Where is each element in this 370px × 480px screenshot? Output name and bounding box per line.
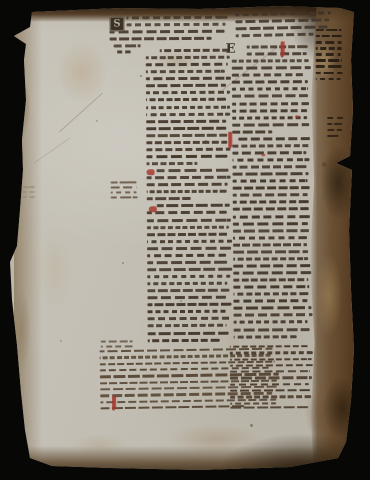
margin-note-left-lower-line [101, 340, 133, 342]
text-column-left-line [146, 84, 226, 88]
header-incipit-left-line [126, 23, 225, 27]
text-column-left-line [147, 261, 227, 265]
text-column-right-line [233, 250, 308, 254]
text-column-left-line [147, 275, 230, 279]
text-column-left-line [148, 324, 227, 328]
margin-note-far-left-line [19, 186, 35, 188]
bottom-gloss-right-line [230, 364, 313, 367]
margin-note-left-lower-line [101, 345, 133, 347]
margin-note-far-left-line [19, 191, 35, 193]
text-column-right-line [233, 201, 309, 205]
text-column-left-line [146, 126, 226, 130]
text-column-right-line [233, 264, 312, 268]
text-column-left-line [146, 112, 230, 116]
margin-note-far-left-line [19, 196, 35, 198]
margin-note-left-upper-line [111, 191, 137, 193]
edge-text-fragments-mid [327, 117, 343, 141]
text-column-right-line [234, 313, 313, 317]
edge-text-fragments-top-line [316, 59, 342, 61]
header-incipit-left [109, 16, 229, 45]
text-column-right-line [233, 186, 310, 190]
text-column-left-line [147, 183, 228, 187]
edge-text-fragments-top-line [316, 41, 342, 43]
margin-note-left-upper-line [111, 186, 137, 188]
edge-text-fragments-top-line [316, 29, 342, 31]
edge-text-fragments-top-line [316, 78, 341, 80]
header-incipit-left-tail [114, 44, 142, 56]
text-column-left-line [157, 204, 230, 208]
text-column-right-line [232, 144, 310, 148]
text-column-left-line [146, 70, 225, 74]
bottom-gloss-right-line [230, 358, 312, 361]
text-column-right-line [232, 73, 306, 77]
text-column-right-line [234, 321, 308, 325]
text-column-right-line [247, 52, 307, 55]
text-column-left-line [148, 317, 232, 321]
edge-text-fragments-mid-line [327, 135, 342, 137]
text-column-left [146, 49, 233, 346]
text-column-left-line [147, 211, 227, 215]
header-incipit-left-tail-line [114, 44, 141, 47]
parchment-leaf: SE [0, 0, 370, 480]
text-column-left-line [147, 296, 229, 300]
text-column-left-line [146, 63, 228, 67]
text-column-right-line [233, 285, 309, 289]
text-column-right-line [247, 45, 308, 48]
text-column-left-line [147, 176, 231, 180]
bottom-gloss-right-line [230, 389, 310, 392]
text-column-right-line [233, 229, 309, 233]
text-column-left-line [146, 155, 227, 159]
text-column-right-line [234, 328, 310, 332]
text-column-right-line [233, 278, 308, 282]
edge-text-fragments-top [316, 29, 343, 84]
text-column-right-line [233, 236, 307, 240]
text-column-right-line [233, 271, 311, 275]
header-incipit-left-tail-line [114, 50, 131, 53]
text-column-right-line [232, 80, 308, 84]
header-incipit-left-line [110, 30, 225, 34]
text-column-left-line [147, 225, 229, 229]
text-column-right-line [232, 123, 309, 127]
text-column-left-line [146, 162, 197, 165]
text-column-right-line [233, 222, 308, 226]
rubric-i-mid [228, 132, 231, 149]
text-column-right-line [232, 102, 309, 106]
text-column-left-line [146, 56, 230, 60]
text-column-left-line [147, 303, 231, 307]
text-column-right-line [233, 292, 308, 296]
edge-text-fragments-top-line [316, 53, 341, 55]
text-column-right-line [233, 179, 308, 183]
header-incipit-left-line [126, 16, 227, 20]
margin-note-left-upper-line [111, 181, 137, 183]
text-column-right-line [232, 88, 308, 92]
text-column-right-line [232, 151, 306, 155]
text-column-right-line [233, 215, 310, 219]
text-column-left-line [147, 197, 191, 200]
header-incipit-left-line [110, 37, 212, 41]
margin-note-far-left [19, 186, 36, 201]
text-column-left-line [146, 98, 226, 102]
text-column-left-line [146, 141, 227, 145]
text-column-left-line [147, 232, 228, 236]
text-column-right-line [233, 172, 309, 176]
text-column-right-line [233, 193, 308, 197]
text-column-right-line [232, 130, 272, 133]
text-column-left-line [147, 218, 231, 222]
margin-note-left-upper-line [111, 196, 138, 198]
header-incipit-right-line [236, 25, 328, 30]
bottom-gloss-right-line [230, 351, 313, 354]
text-column-left-line [146, 77, 231, 81]
text-column-left-line [147, 246, 231, 250]
paraph-lower [149, 206, 157, 212]
text-column-right-line [233, 257, 308, 261]
red-touch-1 [295, 115, 299, 118]
header-initial: S [109, 16, 124, 31]
text-column-left-line [147, 310, 226, 314]
header-incipit-right-line [236, 33, 314, 38]
text-column-left-line [146, 105, 230, 109]
text-column-left-line [146, 148, 230, 152]
initial-e: E [226, 43, 239, 56]
header-incipit-right-line [235, 18, 329, 23]
text-column-left-line [160, 49, 229, 52]
header-incipit-right-line [235, 11, 331, 16]
text-column-left-line [147, 239, 232, 243]
text-column-right-line [232, 59, 309, 63]
edge-text-fragments-top-line [316, 65, 342, 67]
text-column-right-line [232, 158, 309, 162]
margin-note-left-upper [111, 181, 138, 201]
text-column-right [232, 45, 313, 342]
text-column-left-line [148, 331, 229, 335]
text-column-left-line [147, 254, 226, 258]
text-column-right-line [233, 208, 309, 212]
text-column-right-line [232, 95, 308, 99]
edge-text-fragments-top-line [316, 47, 342, 49]
bottom-gloss-left-line [100, 405, 244, 410]
text-column-left-line [146, 119, 226, 123]
text-column-left-line [157, 169, 229, 173]
rubric-i-top [281, 41, 284, 57]
edge-text-fragments-top-line [316, 35, 342, 37]
edge-text-fragments-mid-line [327, 129, 342, 131]
text-column-right-line [232, 66, 311, 70]
text-column-left-line [147, 268, 232, 272]
bottom-gloss-right-line [230, 395, 311, 398]
rubric-gloss [112, 395, 115, 410]
bottom-gloss-right-line [230, 345, 308, 348]
bottom-gloss-right-line [230, 383, 309, 386]
text-column-left-line [147, 282, 227, 286]
text-column-left-line [147, 190, 227, 194]
text-column-right-line [233, 299, 307, 303]
text-column-left-line [146, 91, 230, 95]
text-column-left-line [146, 133, 227, 137]
bottom-gloss-right-line [230, 370, 310, 373]
paraph-upper [147, 169, 155, 175]
text-column-right-line [238, 137, 311, 141]
text-column-right-line [232, 165, 306, 169]
red-touch-2 [261, 153, 265, 156]
text-column-right-line [232, 109, 307, 113]
text-column-right-line [233, 306, 311, 310]
text-column-left-line [147, 289, 229, 293]
text-layer: SE [0, 0, 370, 480]
edge-text-fragments-top-line [316, 72, 343, 74]
bottom-gloss-right [230, 345, 314, 409]
text-column-left-line [148, 338, 220, 342]
bottom-gloss-right-line [230, 402, 276, 405]
text-column-right-line [234, 335, 297, 338]
bottom-gloss-right-tail-line [230, 406, 308, 409]
bottom-gloss-right-tail [230, 406, 312, 413]
edge-text-fragments-mid-line [327, 123, 342, 125]
margin-note-left-lower [101, 340, 134, 350]
edge-text-fragments-mid-line [327, 117, 343, 119]
text-column-right-line [233, 243, 307, 247]
bottom-gloss-right-line [230, 377, 312, 380]
manuscript-photo: SE [0, 0, 370, 480]
